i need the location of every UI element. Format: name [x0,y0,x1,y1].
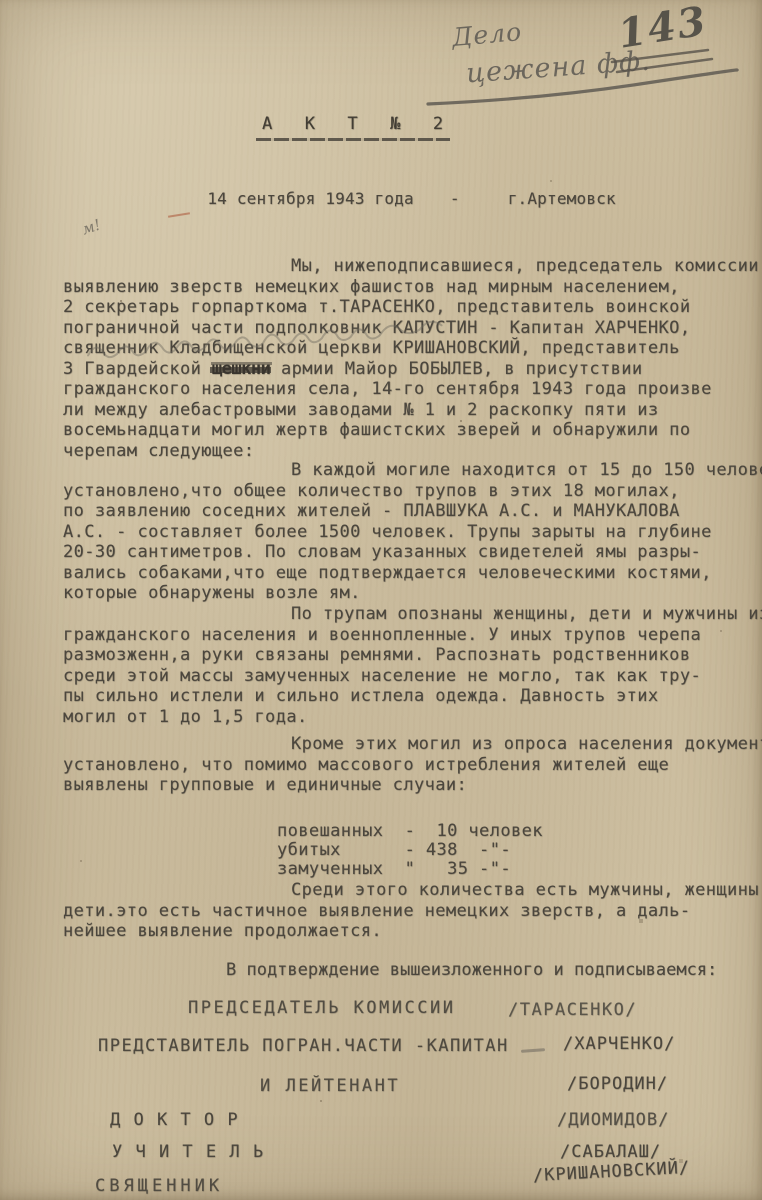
casualty-list: повешанных - 10 человек убитых - 438 -"-… [277,822,543,879]
p3-line: По трупам опознаны женщины, дети и мужчи… [63,604,753,625]
signature-name-diomidov: /ДИОМИДОВ/ [557,1110,669,1130]
signature-role-chairman: ПРЕДСЕДАТЕЛЬ КОМИССИИ [188,998,455,1018]
signature-role-border-unit-captain: ПРЕДСТАВИТЕЛЬ ПОГРАН.ЧАСТИ -КАПИТАН [98,1036,509,1056]
casualty-row-tortured: замученных " 35 -"- [277,860,543,879]
paragraph-3: По трупам опознаны женщины, дети и мужчи… [63,604,753,727]
p2-line: установлено,что общее количество трупов … [63,481,753,502]
paragraph-5: Среди этого количества есть мужчины, жен… [63,880,753,942]
p3-line: размозженн,а руки связаны ремнями. Распо… [63,645,753,666]
p3-line: среди этой массы замученных население не… [63,666,753,687]
p2-line: по заявлению соседних жителей - ПЛАВШУКА… [63,501,753,522]
signature-name-sabalash: /САБАЛАШ/ [560,1142,661,1162]
signature-name-tarasenko: /ТАРАСЕНКО/ [508,1000,637,1020]
signature-name-borodin: /БОРОДИН/ [567,1074,668,1094]
p5-line: дети.это есть частичное выявление немецк… [63,901,753,922]
signature-role-teacher: У Ч И Т Е Л Ь [112,1142,265,1162]
p2-line: которые обнаружены возле ям. [63,583,753,604]
p4-line: установлено, что помимо массового истреб… [63,755,753,776]
signature-name-kharchenko: /ХАРЧЕНКО/ [563,1034,675,1054]
signature-role-priest: СВЯЩЕННИК [95,1176,223,1196]
scanned-document-page: Дело цежена фф. 143 м! А К Т № 2 14 сент… [0,0,762,1200]
signature-role-doctor: Д О К Т О Р [110,1110,239,1130]
p2-line: 20-30 сантиметров. По словам указанных с… [63,542,753,563]
paragraph-2: В каждой могиле находится от 15 до 150 ч… [63,460,753,604]
p4-line: Кроме этих могил из опроса населения док… [63,734,753,755]
p5-line: Среди этого количества есть мужчины, жен… [63,880,753,901]
p3-line: пы сильно истлели и сильно истлела одежд… [63,686,753,707]
closing-statement: В подтверждение вышеизложенного и подпис… [226,960,717,981]
p3-line: могил от 1 до 1,5 года. [63,707,753,728]
p2-line: А.С. - составляет более 1500 человек. Тр… [63,522,753,543]
signature-role-lieutenant: И ЛЕЙТЕНАНТ [260,1076,400,1096]
casualty-row-hanged: повешанных - 10 человек [277,822,543,841]
paragraph-4: Кроме этих могил из опроса населения док… [63,734,753,796]
p5-line: нейшее выявление продолжается. [63,921,753,942]
p2-line: В каждой могиле находится от 15 до 150 ч… [63,460,753,481]
casualty-row-killed: убитых - 438 -"- [277,841,543,860]
p3-line: гражданского населения и военнопленные. … [63,625,753,646]
p2-line: вались собаками,что еще подтверждается ч… [63,563,753,584]
p4-line: выявлены групповые и единичные случаи: [63,775,753,796]
